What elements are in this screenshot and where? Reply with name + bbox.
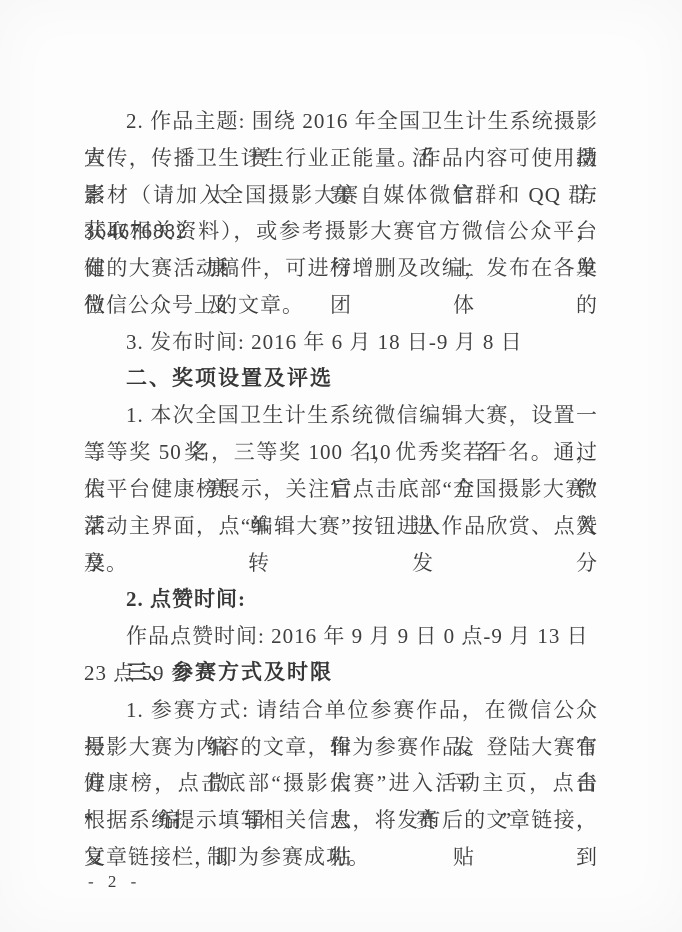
document-page: 2. 作品主题: 围绕 2016 年全国卫生计生系统摄影大赛活动 宣传，传播卫生… — [0, 0, 682, 932]
paragraph-line: 获取相关资料），或参考摄影大赛官方微信公众平台健康榜上发 — [84, 213, 598, 250]
paragraph-line: 二等奖 50 名，三等奖 100 名，优秀奖若干名。通过大赛官方微 — [84, 434, 598, 471]
paragraph-line: 素材（请加入全国摄影大赛自媒体微信群和 QQ 群: 364676882， — [84, 177, 598, 214]
paragraph-line: 作品点赞时间: 2016 年 9 月 9 日 0 点-9 月 13 日 23 点… — [84, 618, 598, 655]
section-heading: 二、奖项设置及评选 — [84, 361, 598, 398]
paragraph-line: 布的大赛活动稿件，可进行增删及改编，发布在各单位及团体的 — [84, 250, 598, 287]
paragraph-line: 健康榜，点击底部“摄影大赛”进入活动主页，点击“编辑大赛”， — [84, 765, 598, 802]
paragraph-line: 宣传，传播卫生计生行业正能量。作品内容可使用摄影大赛官方 — [84, 140, 598, 177]
paragraph-line: 活动主界面，点“编辑大赛”按钮进入作品欣赏、点赞及转发分 — [84, 508, 598, 545]
paragraph-line: 2. 作品主题: 围绕 2016 年全国卫生计生系统摄影大赛活动 — [84, 103, 598, 140]
section-heading: 三、参赛方式及时限 — [84, 655, 598, 692]
paragraph-line: 2. 点赞时间: — [84, 581, 598, 618]
page-number: - 2 - — [88, 872, 141, 892]
paragraph-line: 3. 发布时间: 2016 年 6 月 18 日-9 月 8 日 — [84, 324, 598, 361]
document-body: 2. 作品主题: 围绕 2016 年全国卫生计生系统摄影大赛活动 宣传，传播卫生… — [84, 103, 598, 876]
paragraph-line: 根据系统提示填写相关信息，将发布后的文章链接，复制粘贴到 — [84, 802, 598, 839]
paragraph-line: 摄影大赛为内容的文章，作为参赛作品。登陆大赛官方微信平台 — [84, 729, 598, 766]
paragraph-line: 信平台健康榜展示，关注后点击底部“全国摄影大赛”菜单进入 — [84, 471, 598, 508]
paragraph-line: 1. 本次全国卫生计生系统微信编辑大赛，设置一等奖 10 名， — [84, 397, 598, 434]
paragraph-line: 1. 参赛方式: 请结合单位参赛作品，在微信公众号编辑发布 — [84, 692, 598, 729]
